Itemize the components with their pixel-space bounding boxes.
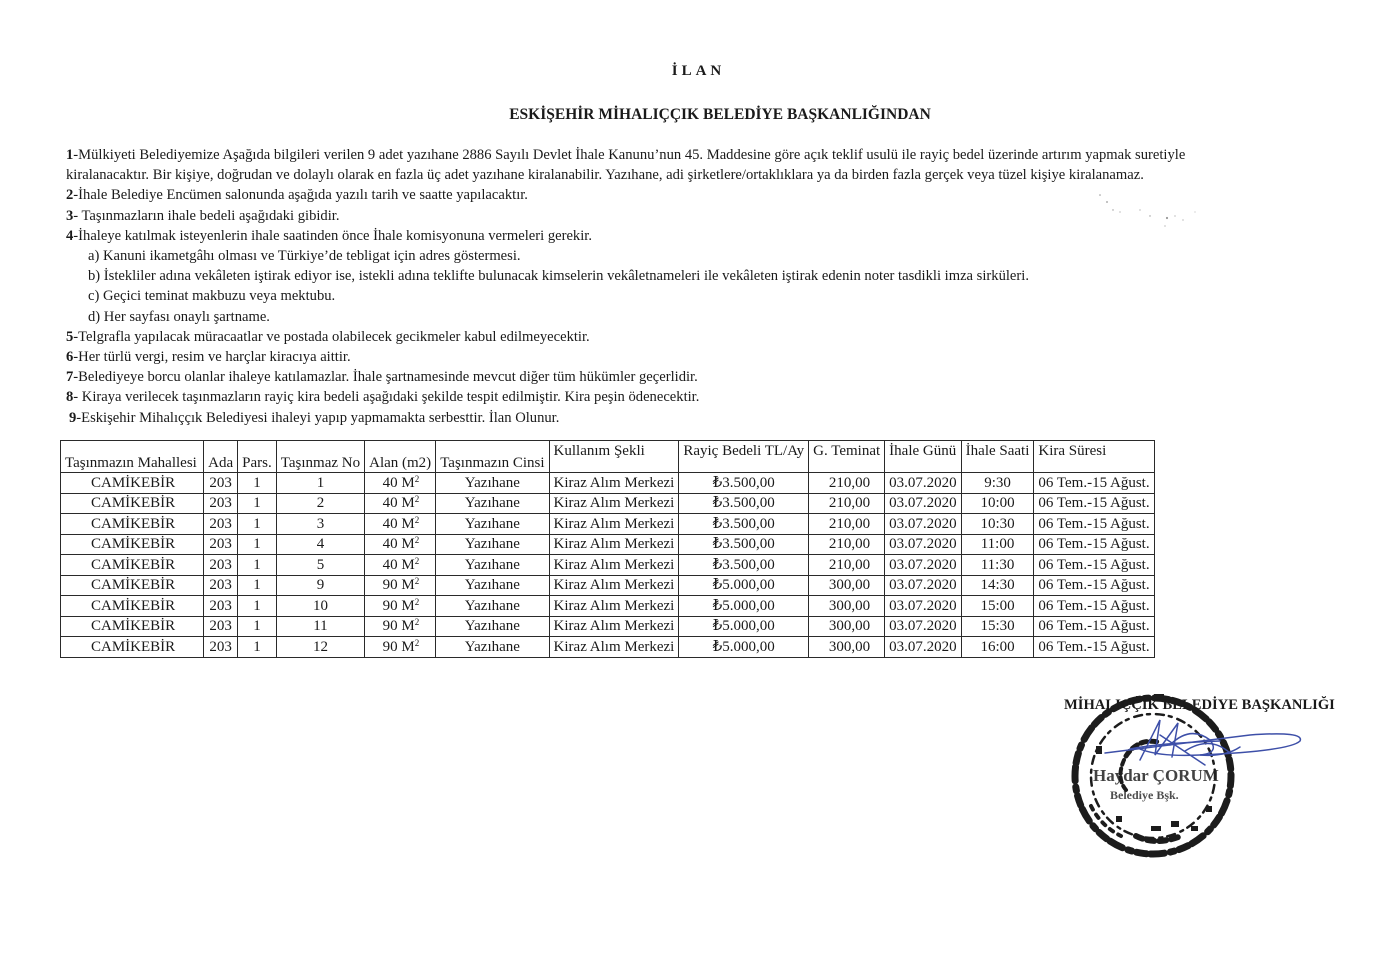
- clause-text: -Belediyeye borcu olanlar ihaleye katıla…: [73, 369, 697, 385]
- column-header-sure: Kira Süresi: [1034, 441, 1154, 473]
- table-row: CAMİKEBİR20311090 M2YazıhaneKiraz Alım M…: [61, 596, 1155, 617]
- cell-cins: Yazıhane: [436, 555, 549, 576]
- cell-saat: 14:30: [961, 575, 1034, 596]
- required-document-item: a) Kanuni ikametgâhı olması ve Türkiye’d…: [66, 246, 1386, 266]
- cell-bedel: ₺5.000,00: [679, 637, 809, 658]
- cell-gun: 03.07.2020: [885, 493, 962, 514]
- cell-mahalle: CAMİKEBİR: [61, 473, 204, 494]
- table-body: CAMİKEBİR2031140 M2YazıhaneKiraz Alım Me…: [61, 473, 1155, 658]
- handwritten-signature-icon: [1100, 705, 1310, 780]
- cell-pars: 1: [238, 514, 277, 535]
- cell-ada: 203: [204, 575, 238, 596]
- table-row: CAMİKEBİR2031990 M2YazıhaneKiraz Alım Me…: [61, 575, 1155, 596]
- cell-saat: 10:00: [961, 493, 1034, 514]
- area-unit: M: [401, 475, 414, 491]
- cell-teminat: 300,00: [809, 575, 885, 596]
- cell-kullanim: Kiraz Alım Merkezi: [549, 534, 679, 555]
- table-row: CAMİKEBİR2031340 M2YazıhaneKiraz Alım Me…: [61, 514, 1155, 535]
- cell-saat: 11:00: [961, 534, 1034, 555]
- column-header-saat: İhale Saati: [961, 441, 1034, 473]
- cell-bedel: ₺5.000,00: [679, 616, 809, 637]
- cell-ada: 203: [204, 514, 238, 535]
- cell-teminat: 300,00: [809, 616, 885, 637]
- area-unit: M: [401, 536, 414, 552]
- cell-sure: 06 Tem.-15 Ağust.: [1034, 493, 1154, 514]
- table-row: CAMİKEBİR20311190 M2YazıhaneKiraz Alım M…: [61, 616, 1155, 637]
- column-header-gun: İhale Günü: [885, 441, 962, 473]
- cell-sure: 06 Tem.-15 Ağust.: [1034, 596, 1154, 617]
- cell-kullanim: Kiraz Alım Merkezi: [549, 637, 679, 658]
- cell-sure: 06 Tem.-15 Ağust.: [1034, 555, 1154, 576]
- required-documents-list: a) Kanuni ikametgâhı olması ve Türkiye’d…: [66, 246, 1386, 327]
- cell-alan: 40 M2: [365, 473, 436, 494]
- cell-saat: 15:00: [961, 596, 1034, 617]
- cell-no: 10: [276, 596, 364, 617]
- cell-gun: 03.07.2020: [885, 637, 962, 658]
- cell-alan: 90 M2: [365, 616, 436, 637]
- cell-pars: 1: [238, 473, 277, 494]
- cell-cins: Yazıhane: [436, 616, 549, 637]
- cell-gun: 03.07.2020: [885, 534, 962, 555]
- cell-teminat: 210,00: [809, 555, 885, 576]
- cell-mahalle: CAMİKEBİR: [61, 616, 204, 637]
- clause-text: kiralanacaktır. Bir kişiye, doğrudan ve …: [66, 167, 1144, 183]
- property-table: Taşınmazın MahallesiAdaPars.Taşınmaz NoA…: [60, 440, 1155, 658]
- cell-sure: 06 Tem.-15 Ağust.: [1034, 616, 1154, 637]
- table-row: CAMİKEBİR2031140 M2YazıhaneKiraz Alım Me…: [61, 473, 1155, 494]
- area-value: 90: [383, 618, 398, 634]
- cell-pars: 1: [238, 555, 277, 576]
- cell-mahalle: CAMİKEBİR: [61, 575, 204, 596]
- cell-ada: 203: [204, 596, 238, 617]
- signatory-role: Belediye Bşk.: [1110, 788, 1179, 803]
- cell-alan: 40 M2: [365, 514, 436, 535]
- clause-1: 1-Mülkiyeti Belediyemize Aşağıda bilgile…: [66, 145, 1386, 165]
- area-unit: M: [401, 516, 414, 532]
- cell-kullanim: Kiraz Alım Merkezi: [549, 473, 679, 494]
- cell-bedel: ₺3.500,00: [679, 493, 809, 514]
- table-row: CAMİKEBİR2031240 M2YazıhaneKiraz Alım Me…: [61, 493, 1155, 514]
- cell-sure: 06 Tem.-15 Ağust.: [1034, 473, 1154, 494]
- cell-pars: 1: [238, 534, 277, 555]
- cell-kullanim: Kiraz Alım Merkezi: [549, 493, 679, 514]
- cell-alan: 40 M2: [365, 493, 436, 514]
- cell-alan: 90 M2: [365, 575, 436, 596]
- cell-bedel: ₺3.500,00: [679, 534, 809, 555]
- cell-teminat: 210,00: [809, 473, 885, 494]
- cell-gun: 03.07.2020: [885, 514, 962, 535]
- cell-teminat: 300,00: [809, 637, 885, 658]
- cell-no: 5: [276, 555, 364, 576]
- table-header-row: Taşınmazın MahallesiAdaPars.Taşınmaz NoA…: [61, 441, 1155, 473]
- cell-no: 11: [276, 616, 364, 637]
- cell-saat: 11:30: [961, 555, 1034, 576]
- cell-alan: 90 M2: [365, 596, 436, 617]
- cell-kullanim: Kiraz Alım Merkezi: [549, 575, 679, 596]
- area-unit: M: [401, 577, 414, 593]
- area-value: 40: [383, 557, 398, 573]
- clause-text: -Her türlü vergi, resim ve harçlar kirac…: [73, 349, 350, 365]
- cell-ada: 203: [204, 616, 238, 637]
- cell-teminat: 300,00: [809, 596, 885, 617]
- cell-kullanim: Kiraz Alım Merkezi: [549, 616, 679, 637]
- area-value: 90: [383, 639, 398, 655]
- cell-mahalle: CAMİKEBİR: [61, 514, 204, 535]
- cell-mahalle: CAMİKEBİR: [61, 596, 204, 617]
- area-unit: M: [401, 495, 414, 511]
- area-exponent: 2: [415, 556, 420, 566]
- column-header-bedel: Rayiç Bedeli TL/Ay: [679, 441, 809, 473]
- area-exponent: 2: [415, 597, 420, 607]
- cell-bedel: ₺3.500,00: [679, 473, 809, 494]
- cell-pars: 1: [238, 575, 277, 596]
- area-value: 90: [383, 577, 398, 593]
- cell-mahalle: CAMİKEBİR: [61, 637, 204, 658]
- cell-bedel: ₺5.000,00: [679, 575, 809, 596]
- clause-text: -Mülkiyeti Belediyemize Aşağıda bilgiler…: [73, 147, 1185, 163]
- cell-alan: 40 M2: [365, 555, 436, 576]
- clause-5: 5-Telgrafla yapılacak müracaatlar ve pos…: [66, 327, 1386, 347]
- area-exponent: 2: [415, 576, 420, 586]
- cell-saat: 10:30: [961, 514, 1034, 535]
- cell-teminat: 210,00: [809, 514, 885, 535]
- cell-ada: 203: [204, 473, 238, 494]
- column-header-ada: Ada: [204, 441, 238, 473]
- cell-gun: 03.07.2020: [885, 575, 962, 596]
- cell-mahalle: CAMİKEBİR: [61, 534, 204, 555]
- cell-alan: 90 M2: [365, 637, 436, 658]
- cell-teminat: 210,00: [809, 534, 885, 555]
- cell-bedel: ₺5.000,00: [679, 596, 809, 617]
- area-value: 40: [383, 516, 398, 532]
- cell-cins: Yazıhane: [436, 575, 549, 596]
- cell-kullanim: Kiraz Alım Merkezi: [549, 596, 679, 617]
- document-title: İLAN: [0, 63, 1397, 80]
- cell-no: 12: [276, 637, 364, 658]
- area-exponent: 2: [415, 474, 420, 484]
- announcement-body: 1-Mülkiyeti Belediyemize Aşağıda bilgile…: [66, 145, 1386, 428]
- cell-cins: Yazıhane: [436, 534, 549, 555]
- cell-pars: 1: [238, 493, 277, 514]
- cell-no: 9: [276, 575, 364, 596]
- cell-saat: 15:30: [961, 616, 1034, 637]
- clause-text: -Telgrafla yapılacak müracaatlar ve post…: [73, 329, 589, 345]
- clause-8: 8- Kiraya verilecek taşınmazların rayiç …: [66, 387, 1386, 407]
- cell-sure: 06 Tem.-15 Ağust.: [1034, 575, 1154, 596]
- column-header-mahalle: Taşınmazın Mahallesi: [61, 441, 204, 473]
- area-exponent: 2: [415, 494, 420, 504]
- required-document-item: b) İstekliler adına vekâleten iştirak ed…: [66, 266, 1386, 286]
- area-unit: M: [401, 618, 414, 634]
- clauses-5-9: 5-Telgrafla yapılacak müracaatlar ve pos…: [66, 327, 1386, 428]
- cell-pars: 1: [238, 637, 277, 658]
- cell-ada: 203: [204, 555, 238, 576]
- area-exponent: 2: [415, 638, 420, 648]
- cell-ada: 203: [204, 493, 238, 514]
- area-value: 90: [383, 598, 398, 614]
- cell-sure: 06 Tem.-15 Ağust.: [1034, 514, 1154, 535]
- area-exponent: 2: [415, 515, 420, 525]
- clause-text: - Taşınmazların ihale bedeli aşağıdaki g…: [73, 208, 339, 224]
- area-value: 40: [383, 536, 398, 552]
- cell-mahalle: CAMİKEBİR: [61, 555, 204, 576]
- cell-gun: 03.07.2020: [885, 596, 962, 617]
- clause-text: - Kiraya verilecek taşınmazların rayiç k…: [73, 389, 699, 405]
- required-document-item: d) Her sayfası onaylı şartname.: [66, 307, 1386, 327]
- cell-saat: 9:30: [961, 473, 1034, 494]
- area-unit: M: [401, 557, 414, 573]
- cell-kullanim: Kiraz Alım Merkezi: [549, 514, 679, 535]
- cell-no: 2: [276, 493, 364, 514]
- clause-text: -Eskişehir Mihalıççık Belediyesi ihaleyi…: [76, 410, 559, 426]
- cell-bedel: ₺3.500,00: [679, 555, 809, 576]
- cell-no: 1: [276, 473, 364, 494]
- cell-bedel: ₺3.500,00: [679, 514, 809, 535]
- area-unit: M: [401, 639, 414, 655]
- column-header-pars: Pars.: [238, 441, 277, 473]
- cell-saat: 16:00: [961, 637, 1034, 658]
- cell-kullanim: Kiraz Alım Merkezi: [549, 555, 679, 576]
- area-value: 40: [383, 495, 398, 511]
- cell-gun: 03.07.2020: [885, 616, 962, 637]
- table-row: CAMİKEBİR2031540 M2YazıhaneKiraz Alım Me…: [61, 555, 1155, 576]
- document-subtitle: ESKİŞEHİR MİHALIÇÇIK BELEDİYE BAŞKANLIĞI…: [0, 106, 1397, 124]
- cell-pars: 1: [238, 616, 277, 637]
- cell-no: 4: [276, 534, 364, 555]
- clause-cont: kiralanacaktır. Bir kişiye, doğrudan ve …: [66, 165, 1386, 185]
- cell-cins: Yazıhane: [436, 514, 549, 535]
- column-header-alan: Alan (m2): [365, 441, 436, 473]
- area-unit: M: [401, 598, 414, 614]
- cell-cins: Yazıhane: [436, 473, 549, 494]
- cell-pars: 1: [238, 596, 277, 617]
- cell-ada: 203: [204, 534, 238, 555]
- clause-9: 9-Eskişehir Mihalıççık Belediyesi ihaley…: [66, 408, 1386, 428]
- column-header-teminat: G. Teminat: [809, 441, 885, 473]
- area-exponent: 2: [415, 617, 420, 627]
- clause-text: -İhaleye katılmak isteyenlerin ihale saa…: [73, 228, 592, 244]
- cell-alan: 40 M2: [365, 534, 436, 555]
- required-document-item: c) Geçici teminat makbuzu veya mektubu.: [66, 286, 1386, 306]
- area-value: 40: [383, 475, 398, 491]
- cell-cins: Yazıhane: [436, 637, 549, 658]
- scan-noise: [1095, 190, 1205, 235]
- clause-6: 6-Her türlü vergi, resim ve harçlar kira…: [66, 347, 1386, 367]
- cell-mahalle: CAMİKEBİR: [61, 493, 204, 514]
- cell-sure: 06 Tem.-15 Ağust.: [1034, 637, 1154, 658]
- cell-cins: Yazıhane: [436, 493, 549, 514]
- cell-gun: 03.07.2020: [885, 473, 962, 494]
- clause-7: 7-Belediyeye borcu olanlar ihaleye katıl…: [66, 367, 1386, 387]
- area-exponent: 2: [415, 535, 420, 545]
- column-header-no: Taşınmaz No: [276, 441, 364, 473]
- table-row: CAMİKEBİR2031440 M2YazıhaneKiraz Alım Me…: [61, 534, 1155, 555]
- column-header-cins: Taşınmazın Cinsi: [436, 441, 549, 473]
- clause-text: -İhale Belediye Encümen salonunda aşağıd…: [73, 187, 528, 203]
- column-header-kullanim: Kullanım Şekli: [549, 441, 679, 473]
- cell-no: 3: [276, 514, 364, 535]
- cell-gun: 03.07.2020: [885, 555, 962, 576]
- cell-teminat: 210,00: [809, 493, 885, 514]
- cell-sure: 06 Tem.-15 Ağust.: [1034, 534, 1154, 555]
- table-row: CAMİKEBİR20311290 M2YazıhaneKiraz Alım M…: [61, 637, 1155, 658]
- cell-cins: Yazıhane: [436, 596, 549, 617]
- cell-ada: 203: [204, 637, 238, 658]
